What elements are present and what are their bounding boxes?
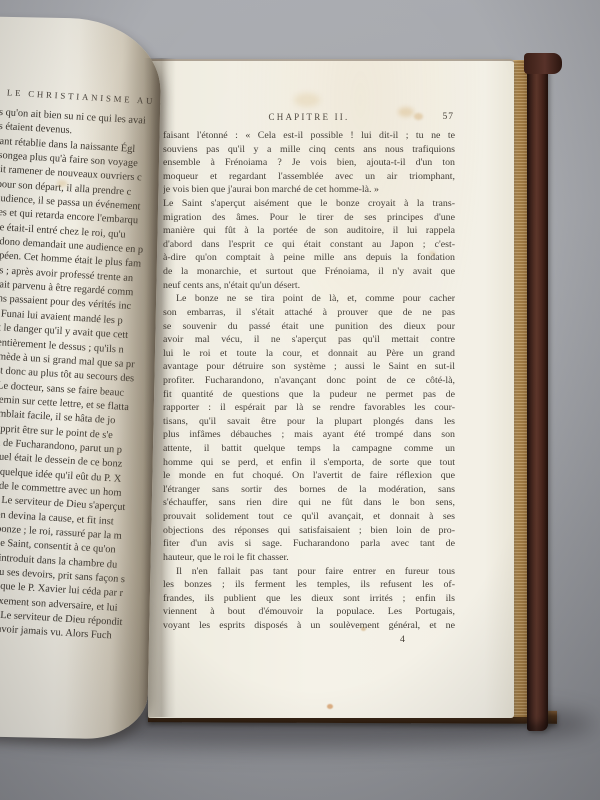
- left-page-content: LE CHRISTIANISME AU JAPON. ns qu'on ait …: [0, 81, 162, 649]
- text-line: viennent à bout d'émouvoir la populace. …: [163, 605, 455, 619]
- text-line: hauteur, que le roi le fit chasser.: [163, 551, 455, 565]
- text-line: Le Saint s'aperçut aisément que le bonze…: [163, 197, 455, 211]
- foxing-stain: [327, 704, 333, 709]
- text-line: d'abord dans l'esprit ce qui était const…: [163, 238, 455, 252]
- text-line: voyant les esprits disposés à un soulève…: [163, 619, 455, 633]
- text-line: rapporter : il espérait par là se rendre…: [163, 401, 455, 415]
- chapter-heading-row: CHAPITRE II. 57: [163, 112, 455, 122]
- text-line: faisant l'étonné : « Cela est-il possibl…: [163, 129, 455, 143]
- photo-backdrop: CHAPITRE II. 57 faisant l'étonné : « Cel…: [0, 0, 600, 800]
- text-line: neuf cents ans, n'était qu'un désert.: [163, 279, 455, 293]
- text-line: ensemble à Frénoiama ? Je vois bien, ajo…: [163, 156, 455, 170]
- right-page: CHAPITRE II. 57 faisant l'étonné : « Cel…: [148, 59, 514, 718]
- text-line: s'échauffer, sans rien dire qui ne fût d…: [163, 496, 455, 510]
- text-line: plus infâmes débauches ; mais ayant été …: [163, 428, 455, 442]
- text-line: avoir mal vécu, il ne s'aperçut pas qu'i…: [163, 333, 455, 347]
- text-line: Il n'en fallait pas tant pour faire entr…: [163, 565, 455, 579]
- text-line: avantage pour détruire son système ; aus…: [163, 360, 455, 374]
- text-line: le monde en fut choqué. On l'avertit de …: [163, 469, 455, 483]
- text-line: manière qui fût à la portée de son audit…: [163, 224, 455, 238]
- text-line: l'étranger sans sortir des bornes de la …: [163, 483, 455, 497]
- text-line: je vois bien que j'aurai bon marché de c…: [163, 183, 455, 197]
- text-line: Le bonze ne se tira point de là, et, com…: [163, 292, 455, 306]
- text-line: de la monarchie, et surtout que Frénoiam…: [163, 265, 455, 279]
- text-line: profiter. Fucharandono, n'avançant donc …: [163, 374, 455, 388]
- text-line: objections des réponses qui satisfaisaie…: [163, 524, 455, 538]
- page-text-block: ns qu'on ait bien su ni ce qui les avaii…: [0, 106, 162, 649]
- text-line: prouvait solidement tout ce qu'il avança…: [163, 510, 455, 524]
- signature-mark: 4: [163, 634, 455, 645]
- text-line: lui le roi et toute la cour, et donnait …: [163, 347, 455, 361]
- text-line: frandes, ils publient que les dieux sont…: [163, 592, 455, 606]
- chapter-heading: CHAPITRE II.: [269, 112, 350, 122]
- page-number: 57: [443, 112, 455, 122]
- text-line: attente, il battit quelque temps la camp…: [163, 442, 455, 456]
- leather-spine: [527, 55, 548, 731]
- text-line: à-dire qu'on comptait à peine mille ans …: [163, 251, 455, 265]
- page-text-block: faisant l'étonné : « Cela est-il possibl…: [163, 129, 455, 633]
- text-line: fiter d'un avis si sage. Fucharandono pa…: [163, 537, 455, 551]
- text-line: migration des âmes. Pour le tirer de ses…: [163, 211, 455, 225]
- left-page: LE CHRISTIANISME AU JAPON. ns qu'on ait …: [0, 16, 162, 740]
- text-line: les bonzes ; ils ferment les temples, il…: [163, 578, 455, 592]
- text-line: tisans, qu'il savait être pour la plupar…: [163, 415, 455, 429]
- spine-headcap: [524, 53, 562, 74]
- text-line: homme qui se perd, et enfin il s'emporta…: [163, 456, 455, 470]
- text-line: son embarras, il s'était attaché à prouv…: [163, 306, 455, 320]
- foxing-stain: [294, 93, 320, 107]
- text-line: fit quantité de questions que la pudeur …: [163, 388, 455, 402]
- text-line: souviens pas qu'il y a mille cinq cents …: [163, 143, 455, 157]
- text-line: se souvenir du passé était une punition …: [163, 320, 455, 334]
- text-line: moqueur et regardant l'assemblée avec un…: [163, 170, 455, 184]
